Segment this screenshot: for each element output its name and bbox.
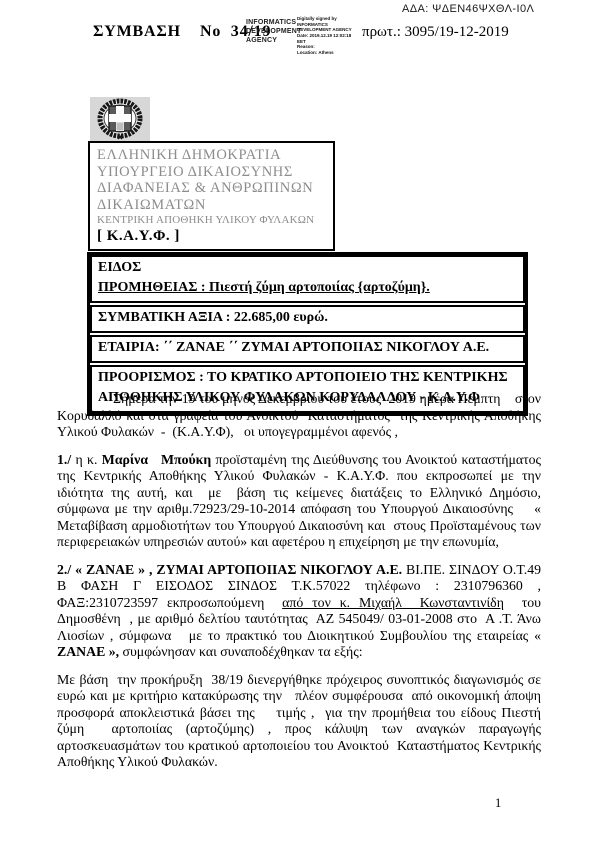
document-title: ΣΥΜΒΑΣΗ Νο 34/19: [93, 23, 271, 41]
ministry-line-warehouse: ΚΕΝΤΡΙΚΗ ΑΠΟΘΗΚΗ ΥΛΙΚΟΥ ΦΥΛΑΚΩΝ: [97, 213, 328, 227]
table-row-contract-value: ΣΥΜΒΑΤΙΚΗ ΑΞΙΑ : 22.685,00 ευρώ.: [90, 305, 525, 333]
paragraph-intro-date: Σήμερα την 19 του μηνός Δεκεμβρίου του έ…: [57, 391, 541, 441]
paragraph-party1: 1./ η κ. Μαρίνα Μπούκη προϊσταμένη της Δ…: [57, 452, 541, 551]
ministry-header-box: ΕΛΛΗΝΙΚΗ ΔΗΜΟΚΡΑΤΙΑ ΥΠΟΥΡΓΕΙΟ ΔΙΚΑΙΟΣΥΝΗ…: [88, 141, 335, 251]
informatics-agency-label: INFORMATICS DEVELOPMENT AGENCY: [246, 18, 303, 45]
ministry-line-transparency: ΔΙΑΦΑΝΕΙΑΣ & ΑΝΘΡΩΠΙΝΩΝ: [97, 180, 328, 197]
paragraph-party2: 2./ « ΖΑΝΑΕ » , ΖΥΜΑΙ ΑΡΤΟΠΟΙΙΑΣ ΝΙΚΟΓΛΟ…: [57, 562, 541, 661]
item-value: ΠΡΟΜΗΘΕΙΑΣ : Πιεστή ζύμη αρτοποιίας {αρτ…: [98, 278, 517, 298]
ministry-line-kayf: [ Κ.Α.Υ.Φ. ]: [97, 227, 328, 245]
page-number: 1: [495, 796, 501, 811]
ministry-line-ministry: ΥΠΟΥΡΓΕΙΟ ΔΙΚΑΙΟΣΥΝΗΣ: [97, 164, 328, 181]
table-row-company: ΕΤΑΙΡΙΑ: ΄΄ ΖΑΝΑΕ ΄΄ ΖΥΜΑΙ ΑΡΤΟΠΟΙΙΑΣ ΝΙ…: [90, 335, 525, 363]
contract-body-text: Σήμερα την 19 του μηνός Δεκεμβρίου του έ…: [57, 391, 541, 782]
protocol-number: πρωτ.: 3095/19-12-2019: [362, 24, 509, 41]
paragraph-procurement-basis: Με βάση την προκήρυξη 38/19 διενεργήθηκε…: [57, 672, 541, 771]
contract-document-page: ΑΔΑ: ΨΔΕΝ46ΨΧΘΛ-Ι0Λ ΣΥΜΒΑΣΗ Νο 34/19 INF…: [0, 0, 595, 842]
ministry-line-republic: ΕΛΛΗΝΙΚΗ ΔΗΜΟΚΡΑΤΙΑ: [97, 147, 328, 164]
table-row-item: ΕΙΔΟΣ ΠΡΟΜΗΘΕΙΑΣ : Πιεστή ζύμη αρτοποιία…: [90, 255, 525, 303]
ministry-line-rights: ΔΙΚΑΙΩΜΑΤΩΝ: [97, 197, 328, 214]
item-label: ΕΙΔΟΣ: [98, 258, 517, 278]
emblem-graphic: [90, 97, 150, 141]
greek-coat-of-arms-icon: [90, 97, 150, 141]
digital-signature-stamp: Digitally signed by INFORMATICS DEVELOPM…: [297, 16, 361, 55]
ada-code: ΑΔΑ: ΨΔΕΝ46ΨΧΘΛ-Ι0Λ: [402, 3, 592, 15]
